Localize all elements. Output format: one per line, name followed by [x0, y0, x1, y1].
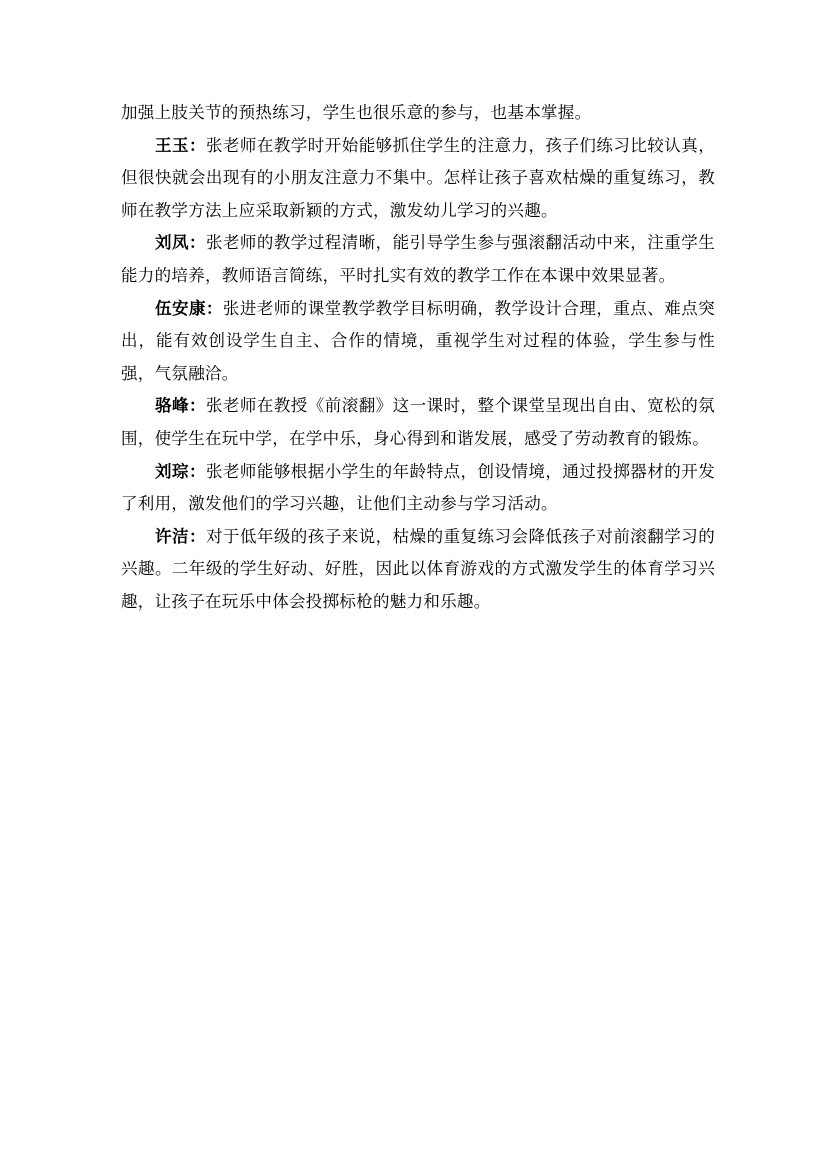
paragraph: 王玉：张老师在教学时开始能够抓住学生的注意力，孩子们练习比较认真，但很快就会出现…	[121, 130, 715, 228]
paragraph-text: 张老师在教授《前滚翻》这一课时，整个课堂呈现出自由、宽松的氛围，使学生在玩中学，…	[121, 396, 715, 448]
paragraph: 刘琮：张老师能够根据小学生的年龄特点，创设情境，通过投掷器材的开发了利用，激发他…	[121, 456, 715, 521]
paragraph-text: 张老师的教学过程清晰，能引导学生参与强滚翻活动中来，注重学生能力的培养，教师语言…	[121, 233, 715, 285]
paragraph-text: 对于低年级的孩子来说，枯燥的重复练习会降低孩子对前滚翻学习的兴趣。二年级的学生好…	[121, 527, 715, 611]
speaker-name: 许洁：	[155, 527, 206, 546]
document-page: 加强上肢关节的预热练习，学生也很乐意的参与，也基本掌握。 王玉：张老师在教学时开…	[0, 0, 827, 1170]
speaker-name: 王玉：	[155, 136, 206, 155]
paragraph: 刘凤：张老师的教学过程清晰，能引导学生参与强滚翻活动中来，注重学生能力的培养，教…	[121, 227, 715, 292]
paragraph-text: 张老师在教学时开始能够抓住学生的注意力，孩子们练习比较认真，但很快就会出现有的小…	[121, 136, 715, 220]
paragraph-text: 张老师能够根据小学生的年龄特点，创设情境，通过投掷器材的开发了利用，激发他们的学…	[121, 462, 715, 514]
speaker-name: 刘琮：	[155, 462, 206, 481]
document-body: 加强上肢关节的预热练习，学生也很乐意的参与，也基本掌握。 王玉：张老师在教学时开…	[121, 97, 715, 619]
paragraph: 伍安康：张进老师的课堂教学教学目标明确，教学设计合理，重点、难点突出，能有效创设…	[121, 293, 715, 391]
paragraph: 许洁：对于低年级的孩子来说，枯燥的重复练习会降低孩子对前滚翻学习的兴趣。二年级的…	[121, 521, 715, 619]
speaker-name: 刘凤：	[155, 233, 206, 252]
speaker-name: 伍安康：	[155, 299, 223, 318]
speaker-name: 骆峰：	[155, 396, 206, 415]
paragraph-text: 加强上肢关节的预热练习，学生也很乐意的参与，也基本掌握。	[121, 103, 591, 122]
paragraph: 骆峰：张老师在教授《前滚翻》这一课时，整个课堂呈现出自由、宽松的氛围，使学生在玩…	[121, 390, 715, 455]
paragraph: 加强上肢关节的预热练习，学生也很乐意的参与，也基本掌握。	[121, 97, 715, 130]
